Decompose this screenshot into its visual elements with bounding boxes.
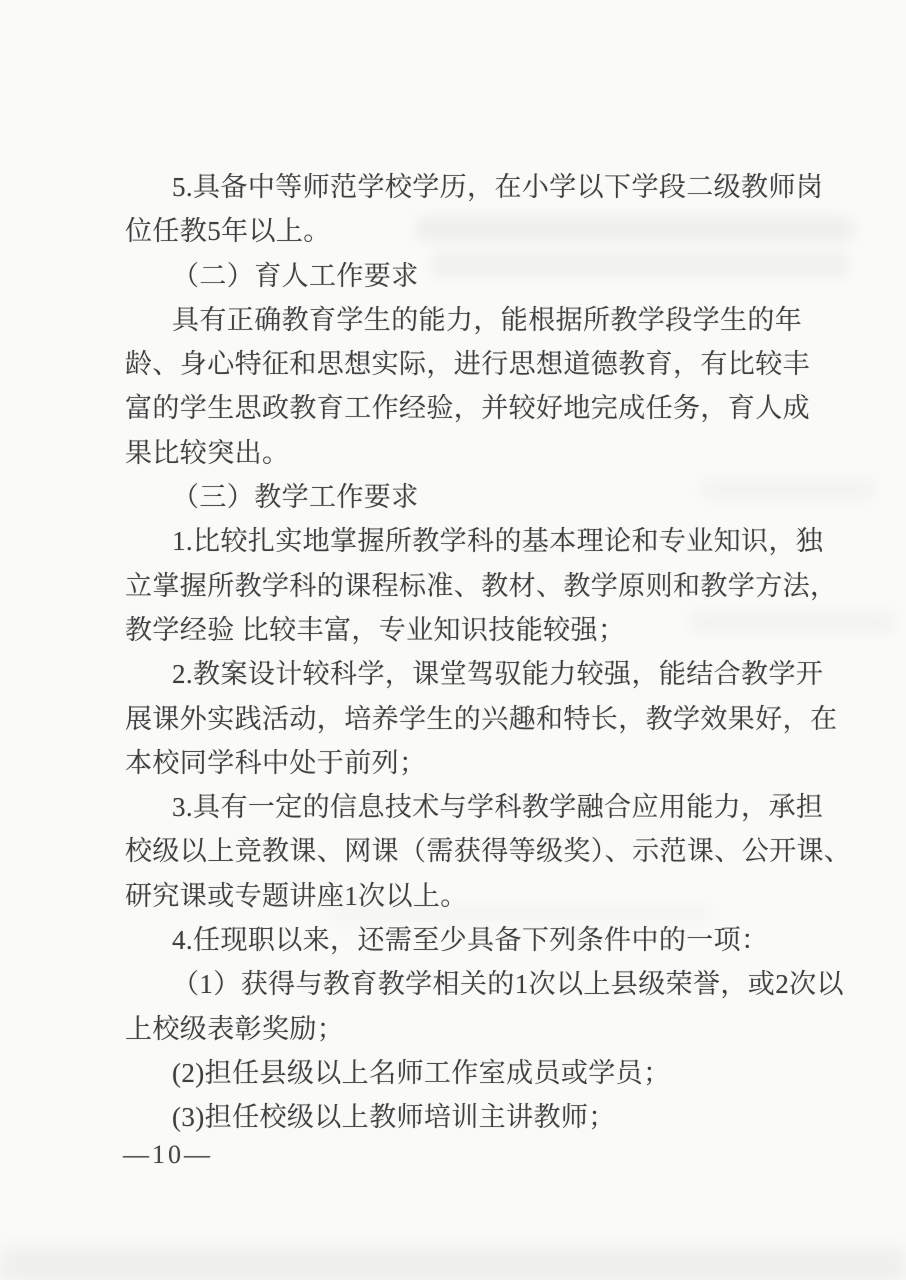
paragraph-line: 教学经验 比较丰富，专业知识技能较强； xyxy=(125,608,815,652)
scan-artifact xyxy=(0,1248,906,1280)
paragraph-line: 立掌握所教学科的课程标准、教材、教学原则和教学方法， xyxy=(125,564,815,608)
list-item-line: (3)担任校级以上教师培训主讲教师； xyxy=(125,1095,815,1139)
paragraph-line: 具有正确教育学生的能力，能根据所教学段学生的年 xyxy=(125,298,815,342)
list-item-line: （1）获得与教育教学相关的1次以上县级荣誉，或2次以 xyxy=(125,962,815,1006)
list-item-line: (2)担任县级以上名师工作室成员或学员； xyxy=(125,1051,815,1095)
paragraph-line: 本校同学科中处于前列； xyxy=(125,741,815,785)
paragraph-line: 展课外实践活动，培养学生的兴趣和特长，教学效果好，在 xyxy=(125,697,815,741)
list-item-line: 上校级表彰奖励； xyxy=(125,1007,815,1051)
paragraph-line: 位任教5年以上。 xyxy=(125,209,815,253)
paragraph-line: 4.任现职以来，还需至少具备下列条件中的一项： xyxy=(125,918,815,962)
scanned-document-page: 5.具备中等师范学校学历，在小学以下学段二级教师岗 位任教5年以上。 （二）育人… xyxy=(0,0,906,1280)
paragraph-line: 校级以上竞教课、网课（需获得等级奖）、示范课、公开课、 xyxy=(125,829,815,873)
paragraph-line: 果比较突出。 xyxy=(125,431,815,475)
paragraph-line: 2.教案设计较科学，课堂驾驭能力较强，能结合教学开 xyxy=(125,652,815,696)
paragraph-line: 富的学生思政教育工作经验，并较好地完成任务，育人成 xyxy=(125,386,815,430)
paragraph-line: 龄、身心特征和思想实际，进行思想道德教育，有比较丰 xyxy=(125,342,815,386)
paragraph-line: 1.比较扎实地掌握所教学科的基本理论和专业知识，独 xyxy=(125,519,815,563)
document-body: 5.具备中等师范学校学历，在小学以下学段二级教师岗 位任教5年以上。 （二）育人… xyxy=(125,165,815,1140)
page-number: —10— xyxy=(123,1140,213,1170)
section-heading: （二）育人工作要求 xyxy=(125,254,815,298)
paragraph-line: 3.具有一定的信息技术与学科教学融合应用能力，承担 xyxy=(125,785,815,829)
paragraph-line: 5.具备中等师范学校学历，在小学以下学段二级教师岗 xyxy=(125,165,815,209)
paragraph-line: 研究课或专题讲座1次以上。 xyxy=(125,874,815,918)
section-heading: （三）教学工作要求 xyxy=(125,475,815,519)
